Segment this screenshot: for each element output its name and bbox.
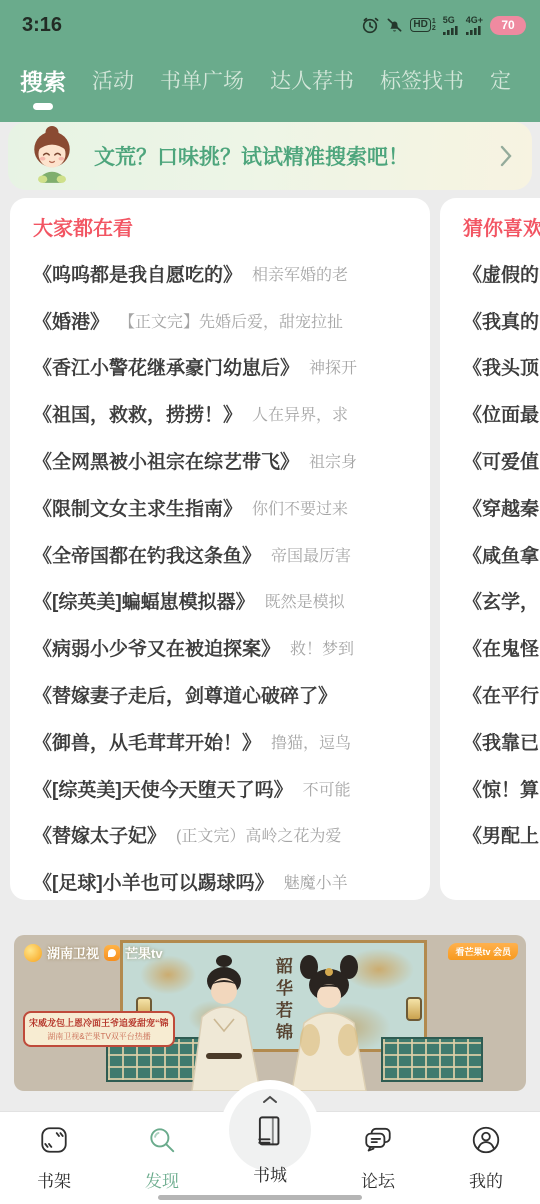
book-desc: 你们不要过来 xyxy=(252,496,348,519)
wall-lantern-icon xyxy=(406,997,422,1021)
book-item[interactable]: 《在鬼怪 xyxy=(463,624,540,671)
book-item[interactable]: 《惊！算 xyxy=(463,765,540,812)
book-title: 《限制文女主求生指南》 xyxy=(33,494,242,521)
drama-title-calligraphy: 韶华若锦 xyxy=(270,957,295,1045)
search-icon xyxy=(146,1143,178,1160)
book-title: 《[足球]小羊也可以踢球吗》 xyxy=(33,868,274,895)
book-item[interactable]: 《玄学， xyxy=(463,578,540,625)
book-title: 《替嫁妻子走后，剑尊道心破碎了》 xyxy=(33,681,337,708)
nav-label: 书架 xyxy=(12,1167,96,1192)
book-title: 《我头顶 xyxy=(463,353,539,380)
book-item[interactable]: 《位面最 xyxy=(463,390,540,437)
mango-tv-logo-icon xyxy=(104,945,120,961)
broadcaster-logos: 湖南卫视 芒果tv xyxy=(24,943,163,962)
bookshelf-icon xyxy=(38,1143,70,1160)
nav-item-forum[interactable]: 论坛 xyxy=(336,1124,420,1192)
book-title: 《在平行 xyxy=(463,681,539,708)
chat-bubbles-icon xyxy=(362,1143,394,1160)
tab-tag-search[interactable]: 标签找书 xyxy=(380,65,464,95)
book-item[interactable]: 《祖国，救救，捞捞！》人在异界，求 xyxy=(33,390,430,437)
book-title: 《玄学， xyxy=(463,587,539,614)
person-icon xyxy=(470,1143,502,1160)
book-item[interactable]: 《男配上 xyxy=(463,812,540,859)
chevron-up-icon[interactable] xyxy=(260,1092,280,1110)
mute-icon xyxy=(386,17,403,34)
book-desc: 祖宗身 xyxy=(309,449,357,472)
app-screen: 3:16 HD 12 xyxy=(0,0,540,1204)
book-item[interactable]: 《我头顶 xyxy=(463,344,540,391)
book-desc: (正文完）高岭之花为爱 xyxy=(176,823,341,846)
broadcaster-name: 湖南卫视 xyxy=(47,943,99,962)
ad-subline: 湖南卫视&芒果TV双平台热播 xyxy=(29,1031,169,1042)
nav-item-discover[interactable]: 发现 xyxy=(120,1124,204,1192)
book-desc: 救！梦到 xyxy=(290,636,354,659)
book-item[interactable]: 《婚港》【正文完】先婚后爱，甜宠拉扯 xyxy=(33,297,430,344)
book-title: 《穿越秦 xyxy=(463,494,539,521)
book-title: 《我真的 xyxy=(463,307,539,334)
book-item[interactable]: 《全帝国都在钓我这条鱼》帝国最厉害 xyxy=(33,531,430,578)
tab-expert-recommend[interactable]: 达人荐书 xyxy=(270,65,354,95)
book-desc: 神探开 xyxy=(309,355,357,378)
book-title: 《可爱值 xyxy=(463,447,539,474)
book-item[interactable]: 《我靠已 xyxy=(463,718,540,765)
clock-time: 3:16 xyxy=(22,14,62,37)
nav-item-bookshelf[interactable]: 书架 xyxy=(12,1124,96,1192)
book-title: 《男配上 xyxy=(463,821,539,848)
hunan-tv-logo-icon xyxy=(24,944,42,962)
drama-ad-banner[interactable]: 韶华若锦 湖南卫视 芒果tv 看芒果tv 会员 宋威龙包上恩冷面王爷追爱甜宠“锦… xyxy=(14,935,526,1091)
tab-search[interactable]: 搜索 xyxy=(20,64,66,97)
book-title: 《香江小警花继承豪门幼崽后》 xyxy=(33,353,299,380)
book-title: 《[综英美]蝙蝠崽模拟器》 xyxy=(33,587,255,614)
section-title-guess: 猜你喜欢 xyxy=(463,212,540,250)
book-desc: 既然是模拟 xyxy=(265,589,345,612)
ad-tagline: 宋威龙包上恩冷面王爷追爱甜宠“锦”妻 xyxy=(29,1016,169,1029)
nav-item-bookstore[interactable]: 书城 xyxy=(228,1114,312,1186)
book-item[interactable]: 《[综英美]蝙蝠崽模拟器》既然是模拟 xyxy=(33,578,430,625)
guess-you-like-list: 《虚假的《我真的《我头顶《位面最《可爱值《穿越秦《咸鱼拿《玄学，《在鬼怪《在平行… xyxy=(463,250,540,858)
book-title: 《惊！算 xyxy=(463,775,539,802)
book-item[interactable]: 《全网黑被小祖宗在综艺带飞》祖宗身 xyxy=(33,437,430,484)
book-title: 《全网黑被小祖宗在综艺带飞》 xyxy=(33,447,299,474)
book-title: 《[综英美]天使今天堕天了吗》 xyxy=(33,775,293,802)
book-item[interactable]: 《穿越秦 xyxy=(463,484,540,531)
everyone-reading-card: 大家都在看 《呜呜都是我自愿吃的》相亲军婚的老《婚港》【正文完】先婚后爱，甜宠拉… xyxy=(10,198,430,900)
book-title: 《祖国，救救，捞捞！》 xyxy=(33,400,242,427)
battery-pill: 70 xyxy=(490,16,526,35)
mascot-avatar xyxy=(24,124,80,189)
book-title: 《呜呜都是我自愿吃的》 xyxy=(33,260,242,287)
nav-label: 论坛 xyxy=(336,1167,420,1192)
tab-custom[interactable]: 定 xyxy=(490,65,511,95)
alarm-icon xyxy=(361,16,379,34)
tab-booklist-plaza[interactable]: 书单广场 xyxy=(160,65,244,95)
book-desc: 魅魔小羊 xyxy=(284,870,348,893)
tab-activity[interactable]: 活动 xyxy=(92,65,134,95)
book-desc: 帝国最厉害 xyxy=(271,543,351,566)
book-title: 《替嫁太子妃》 xyxy=(33,821,166,848)
book-item[interactable]: 《可爱值 xyxy=(463,437,540,484)
book-item[interactable]: 《替嫁太子妃》(正文完）高岭之花为爱 xyxy=(33,812,430,859)
active-tab-underline xyxy=(33,103,53,110)
book-item[interactable]: 《御兽，从毛茸茸开始！》撸猫，逗鸟 xyxy=(33,718,430,765)
book-item[interactable]: 《呜呜都是我自愿吃的》相亲军婚的老 xyxy=(33,250,430,297)
book-title: 《我靠已 xyxy=(463,728,539,755)
signal-5g-icon: 5G xyxy=(443,16,459,35)
book-title: 《病弱小少爷又在被迫探案》 xyxy=(33,634,280,661)
book-item[interactable]: 《限制文女主求生指南》你们不要过来 xyxy=(33,484,430,531)
book-icon xyxy=(253,1137,287,1154)
book-item[interactable]: 《虚假的 xyxy=(463,250,540,297)
guess-you-like-card: 猜你喜欢 《虚假的《我真的《我头顶《位面最《可爱值《穿越秦《咸鱼拿《玄学，《在鬼… xyxy=(440,198,540,900)
book-title: 《咸鱼拿 xyxy=(463,541,539,568)
platform-name: 芒果tv xyxy=(125,943,163,962)
precise-search-banner[interactable]: 文荒？口味挑？试试精准搜索吧！ xyxy=(8,122,532,190)
chevron-right-icon[interactable] xyxy=(498,143,514,169)
book-title: 《在鬼怪 xyxy=(463,634,539,661)
book-item[interactable]: 《病弱小少爷又在被迫探案》救！梦到 xyxy=(33,624,430,671)
section-title-everyone: 大家都在看 xyxy=(33,212,430,250)
book-item[interactable]: 《[综英美]天使今天堕天了吗》不可能 xyxy=(33,765,430,812)
book-desc: 【正文完】先婚后爱，甜宠拉扯 xyxy=(119,309,343,332)
book-desc: 撸猫，逗鸟 xyxy=(271,730,351,753)
book-title: 《全帝国都在钓我这条鱼》 xyxy=(33,541,261,568)
nav-label: 发现 xyxy=(120,1167,204,1192)
book-item[interactable]: 《在平行 xyxy=(463,671,540,718)
ad-tagline-plaque: 宋威龙包上恩冷面王爷追爱甜宠“锦”妻 湖南卫视&芒果TV双平台热播 xyxy=(23,1011,175,1047)
book-item[interactable]: 《香江小警花继承豪门幼崽后》神探开 xyxy=(33,344,430,391)
hd-volte-icon: HD 12 xyxy=(410,18,435,32)
book-desc: 相亲军婚的老 xyxy=(252,262,348,285)
home-indicator[interactable] xyxy=(158,1195,362,1200)
nav-label: 书城 xyxy=(228,1161,312,1186)
everyone-reading-list: 《呜呜都是我自愿吃的》相亲军婚的老《婚港》【正文完】先婚后爱，甜宠拉扯《香江小警… xyxy=(33,250,430,900)
book-title: 《御兽，从毛茸茸开始！》 xyxy=(33,728,261,755)
book-title: 《婚港》 xyxy=(33,307,109,334)
status-bar: 3:16 HD 12 xyxy=(0,0,540,42)
book-item[interactable]: 《咸鱼拿 xyxy=(463,531,540,578)
book-desc: 人在异界，求 xyxy=(252,402,348,425)
header: 3:16 HD 12 xyxy=(0,0,540,122)
book-item[interactable]: 《我真的 xyxy=(463,297,540,344)
status-icons: HD 12 5G 4G+ 70 xyxy=(361,16,526,35)
nav-label: 我的 xyxy=(444,1167,528,1192)
ad-corner-badge: 看芒果tv 会员 xyxy=(448,943,518,960)
book-title: 《虚假的 xyxy=(463,260,539,287)
book-desc: 不可能 xyxy=(303,777,351,800)
book-item[interactable]: 《替嫁妻子走后，剑尊道心破碎了》 xyxy=(33,671,430,718)
nav-item-profile[interactable]: 我的 xyxy=(444,1124,528,1192)
signal-4g-icon: 4G+ xyxy=(466,16,483,35)
top-tab-bar: 搜索 活动 书单广场 达人荐书 标签找书 定 xyxy=(0,48,540,112)
book-title: 《位面最 xyxy=(463,400,539,427)
book-item[interactable]: 《[足球]小羊也可以踢球吗》魅魔小羊 xyxy=(33,858,430,900)
banner-text: 文荒？口味挑？试试精准搜索吧！ xyxy=(94,141,498,171)
